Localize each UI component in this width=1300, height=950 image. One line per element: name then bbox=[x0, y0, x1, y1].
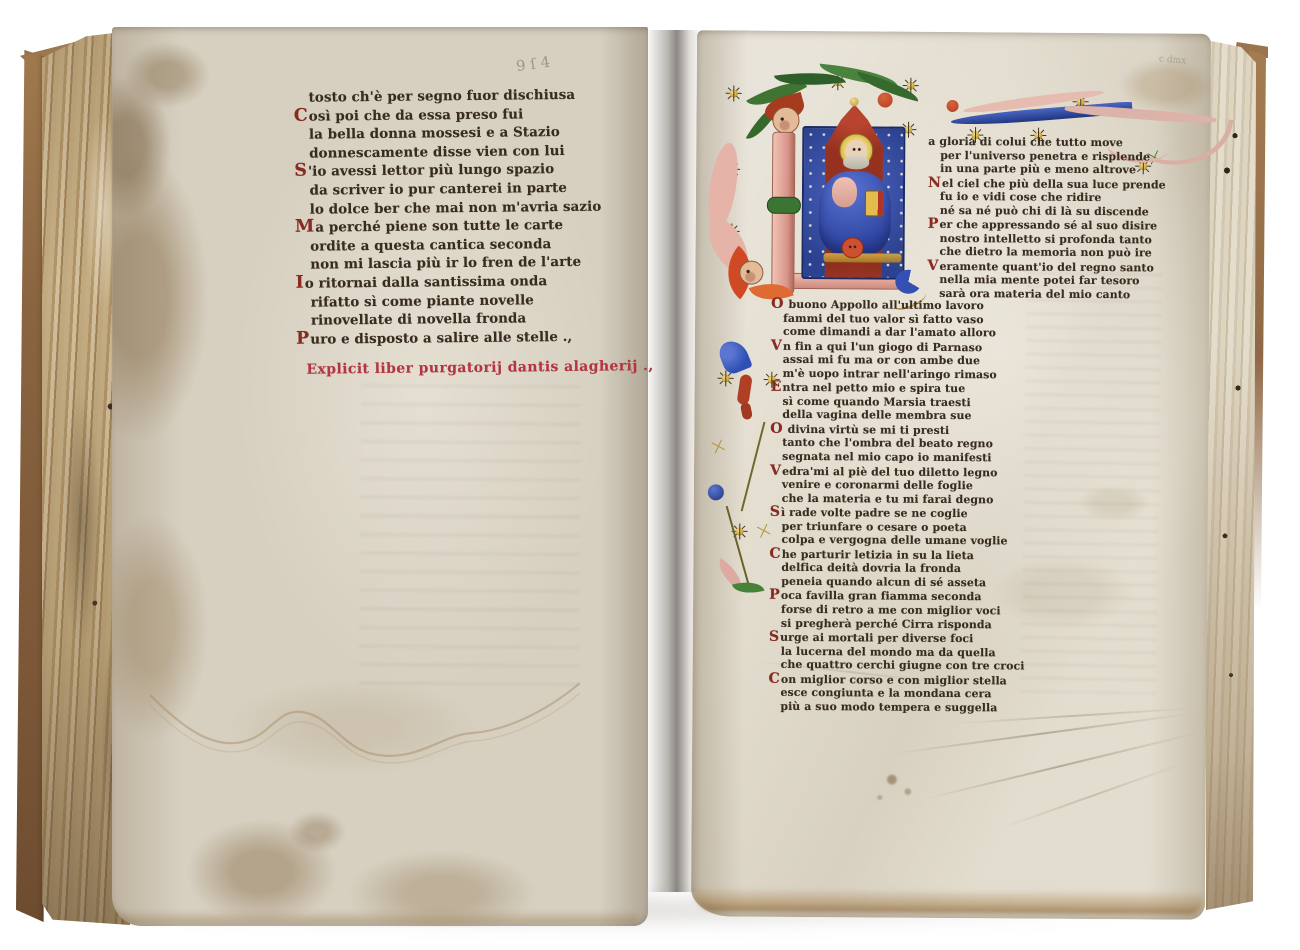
tercet-initial: P bbox=[928, 216, 940, 232]
paradiso-verses-beside-initial: a gloria di colui che tutto moveper l'un… bbox=[927, 135, 1188, 302]
tercet-initial: O bbox=[771, 296, 785, 312]
purgatorio-final-verses: tosto ch'è per segno fuor dischiusaCosì … bbox=[293, 85, 641, 378]
tercet-initial: N bbox=[928, 174, 942, 190]
verse-line: lo dolce ber che mai non m'avria sazio bbox=[295, 197, 640, 219]
blue-berry-icon bbox=[708, 484, 724, 500]
manuscript-photo: 9 ſ 4 tosto ch'è per segno fuor dischius… bbox=[0, 0, 1300, 950]
verse-line: Puro e disposto a salire alle stelle ., bbox=[296, 327, 641, 349]
right-page: c dmx L bbox=[691, 30, 1211, 920]
left-page: 9 ſ 4 tosto ch'è per segno fuor dischius… bbox=[112, 27, 648, 926]
seated-figure-chest bbox=[832, 177, 857, 207]
cherub-head-icon bbox=[842, 237, 864, 258]
tercet-initial: S bbox=[770, 504, 781, 520]
gold-finial bbox=[850, 97, 859, 106]
seated-figure-beard bbox=[843, 155, 869, 169]
show-through-text bbox=[359, 384, 581, 686]
faint-inscription: c dmx bbox=[1159, 55, 1187, 67]
book-icon bbox=[865, 190, 884, 216]
tercet-initial: V bbox=[770, 462, 782, 478]
verse-line: più a suo modo tempera e suggella bbox=[768, 700, 1158, 716]
tercet-initial: S bbox=[294, 161, 308, 181]
grotesque-head-icon bbox=[772, 107, 799, 134]
vine-stem bbox=[740, 402, 753, 421]
tercet-initial: S bbox=[769, 629, 780, 645]
tercet-initial: C bbox=[769, 546, 781, 562]
verse-line: a gloria di colui che tutto move bbox=[928, 135, 1188, 150]
red-bud-icon bbox=[947, 100, 959, 112]
bottom-edge-stain bbox=[116, 909, 638, 923]
blue-hook-leaf bbox=[716, 337, 753, 377]
grotesque-head-icon bbox=[739, 261, 763, 285]
paradiso-verses-below-initial: O buono Appollo all'ultimo lavorofammi d… bbox=[768, 297, 1161, 716]
gold-sprig-icon bbox=[710, 438, 726, 454]
tercet-initial: E bbox=[771, 379, 783, 395]
tercet-initial: I bbox=[295, 273, 304, 293]
tercet-initial: O bbox=[770, 421, 784, 437]
verse-line: in una parte più e meno altrove bbox=[928, 162, 1188, 177]
initial-letter: L bbox=[737, 76, 738, 77]
verse-line: Per che appressando sé al suo disire bbox=[928, 217, 1188, 233]
tercet-initial: V bbox=[771, 337, 783, 353]
left-board-edge bbox=[16, 50, 46, 922]
tercet-initial: V bbox=[927, 258, 939, 274]
tercet-initial: P bbox=[769, 587, 781, 603]
verse-block: tosto ch'è per segno fuor dischiusaCosì … bbox=[293, 85, 641, 349]
tercet-initial: M bbox=[295, 217, 316, 237]
vine-stem bbox=[741, 422, 766, 512]
verse-line: fu io e vidi cose che ridire bbox=[928, 190, 1188, 205]
tercet-initial: P bbox=[296, 328, 310, 348]
red-bud-icon bbox=[878, 92, 893, 107]
vine-stem bbox=[736, 374, 752, 405]
gold-step bbox=[823, 253, 901, 263]
initial-knot bbox=[767, 197, 801, 214]
tercet-initial: C bbox=[769, 670, 781, 686]
tercet-initial: C bbox=[294, 105, 309, 125]
bottom-edge-stain bbox=[693, 887, 1203, 915]
